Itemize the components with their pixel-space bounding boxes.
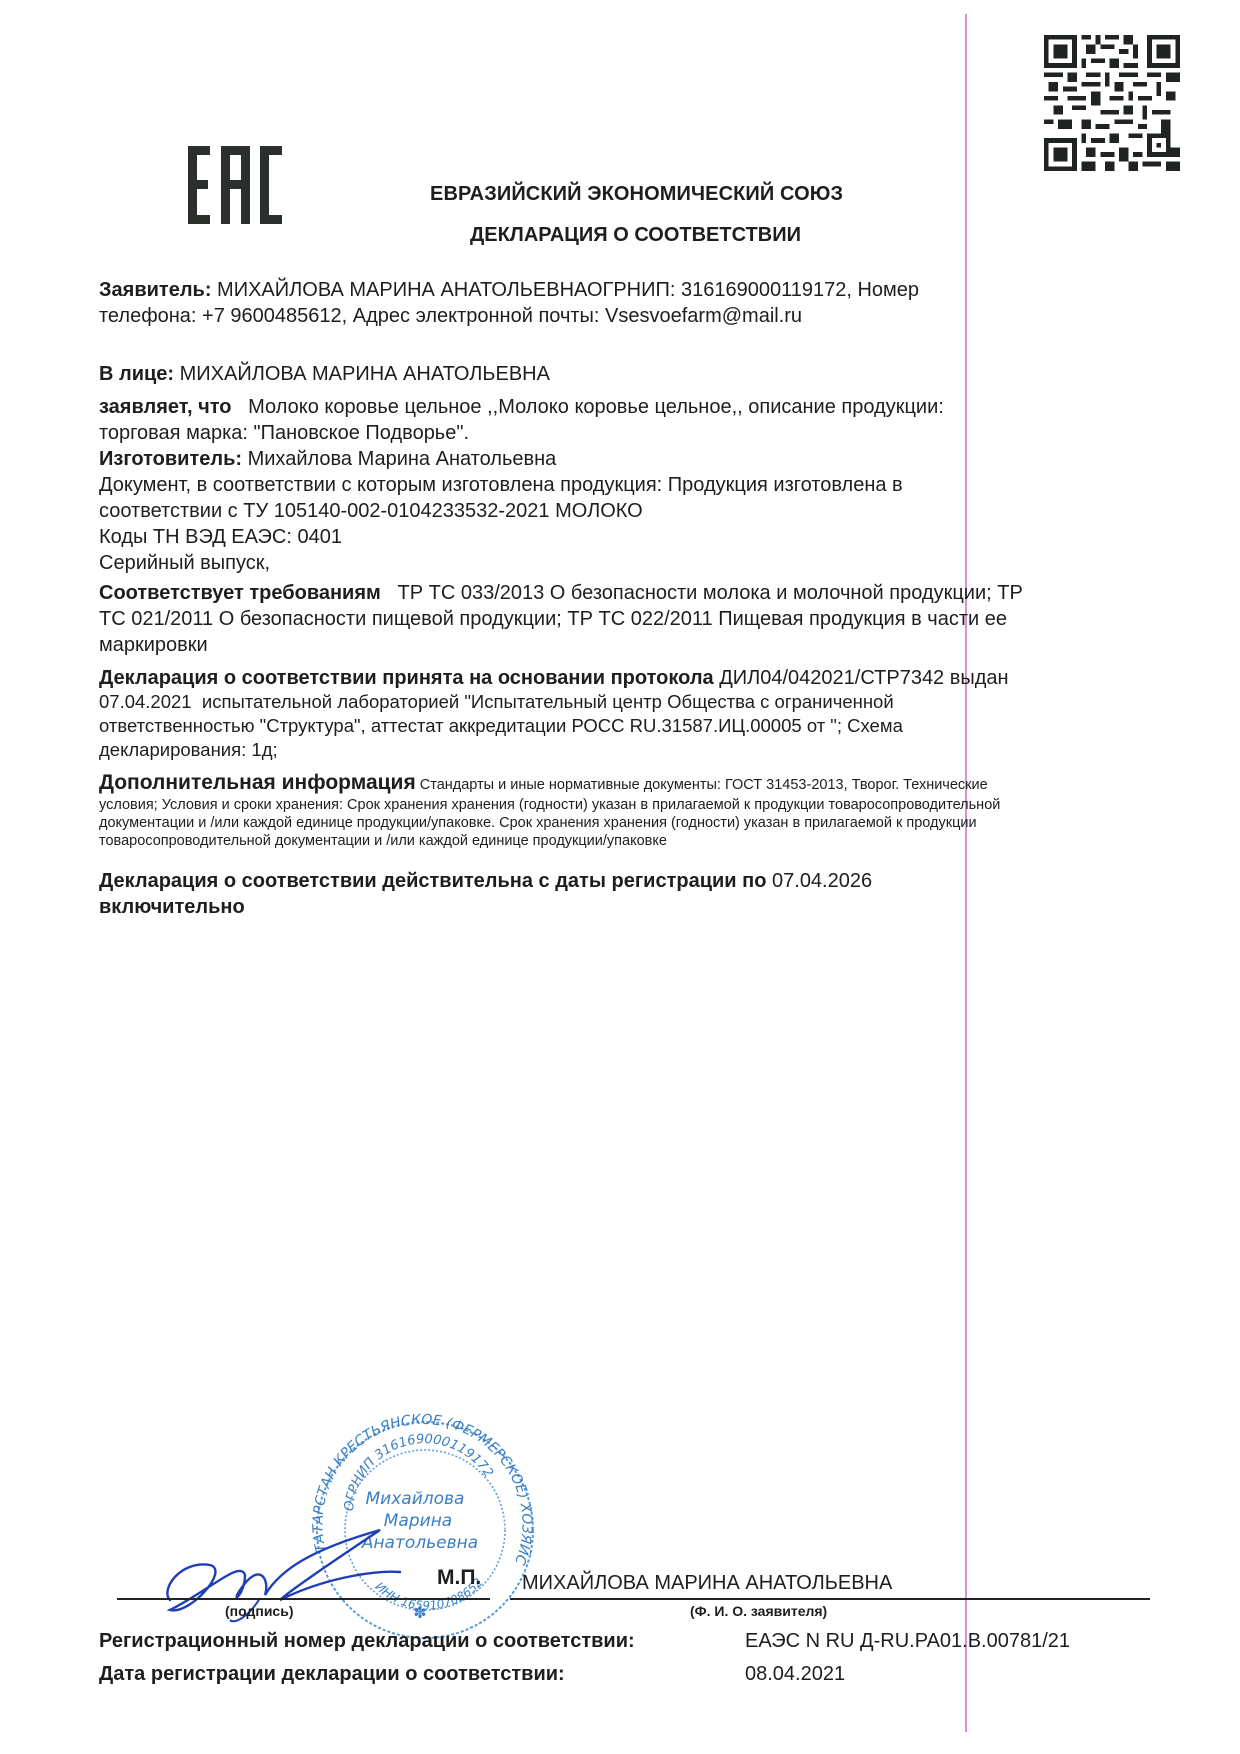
tnved-codes: Коды ТН ВЭД ЕАЭС: 0401 <box>99 524 1159 550</box>
basis-protocol: ДИЛ04/042021/СТР7342 выдан <box>714 667 1009 689</box>
trademark-text: торговая марка: "Пановское Подворье". <box>99 420 1159 446</box>
validity-date: 07.04.2026 <box>766 870 872 892</box>
stamp-mark: М.П. <box>437 1566 481 1590</box>
qr-code-icon <box>1044 33 1180 173</box>
manufacturer-label: Изготовитель: <box>99 448 242 470</box>
basis-line4: декларирования: 1д; <box>99 738 1159 762</box>
requirements-value: ТР ТС 033/2013 О безопасности молока и м… <box>381 582 1023 604</box>
represented-by-value: МИХАЙЛОВА МАРИНА АНАТОЛЬЕВНА <box>174 363 550 385</box>
name-line <box>510 1598 1150 1600</box>
requirements-line2: ТС 021/2011 О безопасности пищевой проду… <box>99 606 1159 632</box>
basis-section: Декларация о соответствии принята на осн… <box>99 666 1159 762</box>
basis-label: Декларация о соответствии принята на осн… <box>99 667 714 689</box>
represented-by-label: В лице: <box>99 363 174 385</box>
basis-line2: 07.04.2021 испытательной лабораторией "И… <box>99 690 1159 714</box>
production-doc-line2: соответствии с ТУ 105140-002-0104233532-… <box>99 498 1159 524</box>
requirements-label: Соответствует требованиям <box>99 582 381 604</box>
validity-inclusive: включительно <box>99 896 245 918</box>
registration-number-label: Регистрационный номер декларации о соотв… <box>99 1628 635 1654</box>
name-caption: (Ф. И. О. заявителя) <box>690 1603 827 1619</box>
basis-line3: ответственностью "Структура", аттестат а… <box>99 714 1159 738</box>
requirements-section: Соответствует требованиям ТР ТС 033/2013… <box>99 580 1159 658</box>
declares-value: Молоко коровье цельное ,,Молоко коровье … <box>232 396 944 418</box>
release-type: Серийный выпуск, <box>99 550 1159 576</box>
applicant-name: МИХАЙЛОВА МАРИНА АНАТОЛЬЕВНА <box>522 1572 892 1595</box>
validity-label: Декларация о соответствии действительна … <box>99 870 766 892</box>
registration-date-value: 08.04.2021 <box>745 1661 845 1687</box>
additional-info-line1: Стандарты и иные нормативные документы: … <box>416 777 988 793</box>
additional-info-line2: условия; Условия и сроки хранения: Срок … <box>99 796 1159 814</box>
additional-info-label: Дополнительная информация <box>99 771 416 794</box>
additional-info-line3: документации и /или каждой единице проду… <box>99 814 1159 832</box>
additional-info-line4: товаросопроводительной документации и /и… <box>99 832 1159 850</box>
applicant-label: Заявитель: <box>99 279 212 301</box>
represented-by-section: В лице: МИХАЙЛОВА МАРИНА АНАТОЛЬЕВНА <box>99 361 1159 387</box>
signature-line <box>117 1598 490 1600</box>
registration-number-value: ЕАЭС N RU Д-RU.PA01.B.00781/21 <box>745 1628 1070 1654</box>
stamp-name-1: Михайлова <box>366 1489 465 1509</box>
signature-caption: (подпись) <box>225 1603 294 1619</box>
union-title: ЕВРАЗИЙСКИЙ ЭКОНОМИЧЕСКИЙ СОЮЗ <box>430 183 843 206</box>
declares-label: заявляет, что <box>99 396 232 418</box>
registration-date-label: Дата регистрации декларации о соответств… <box>99 1661 565 1687</box>
additional-info-section: Дополнительная информация Стандарты и ин… <box>99 772 1159 850</box>
svg-text:✽: ✽ <box>413 1603 426 1622</box>
declares-section: заявляет, что Молоко коровье цельное ,,М… <box>99 394 1159 576</box>
production-doc-line1: Документ, в соответствии с которым изгот… <box>99 472 1159 498</box>
applicant-section: Заявитель: МИХАЙЛОВА МАРИНА АНАТОЛЬЕВНАО… <box>99 277 1159 329</box>
document-title: ДЕКЛАРАЦИЯ О СООТВЕТСТВИИ <box>470 224 801 247</box>
applicant-value: МИХАЙЛОВА МАРИНА АНАТОЛЬЕВНАОГРНИП: 3161… <box>212 279 920 301</box>
requirements-line3: маркировки <box>99 632 1159 658</box>
manufacturer-value: Михайлова Марина Анатольевна <box>242 448 556 470</box>
eac-logo <box>188 146 282 224</box>
validity-section: Декларация о соответствии действительна … <box>99 868 1159 920</box>
applicant-contacts: телефона: +7 9600485612, Адрес электронн… <box>99 303 1159 329</box>
